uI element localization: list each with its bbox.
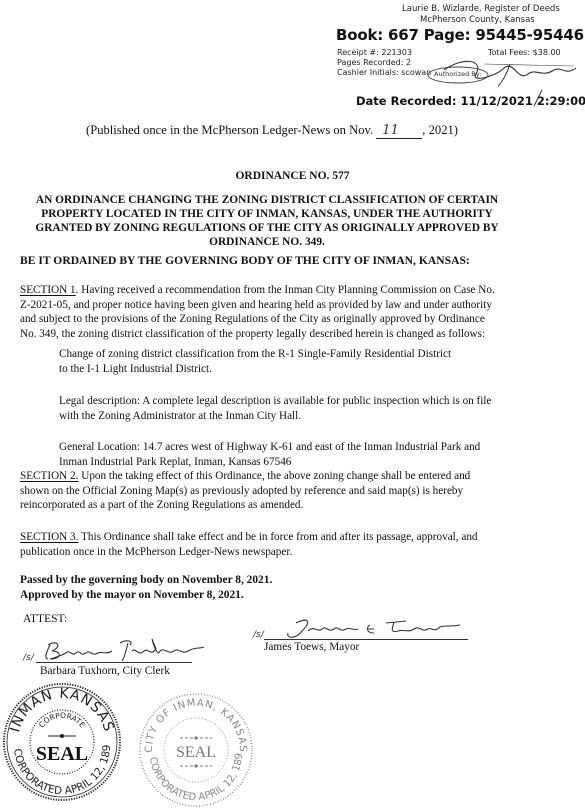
ordinance-title-line: ORDINANCE NO. 349.: [22, 235, 512, 249]
authorized-by-label: Authorized By:: [434, 70, 481, 78]
passed-date: Passed by the governing body on November…: [20, 573, 272, 588]
passage-info: Passed by the governing body on November…: [20, 573, 272, 602]
section-2: SECTION 2. Upon the taking effect of thi…: [20, 469, 470, 513]
zoning-change: Change of zoning district classification…: [59, 347, 451, 376]
legal-description: Legal description: A complete legal desc…: [59, 394, 491, 423]
section-3: SECTION 3. This Ordinance shall take eff…: [20, 530, 478, 559]
authorized-signature: Authorized By:: [424, 56, 584, 90]
section-3-line: publication once in the McPherson Ledger…: [20, 545, 478, 560]
attest-label: ATTEST:: [23, 612, 67, 627]
zoning-change-line: Change of zoning district classification…: [59, 347, 451, 362]
section-2-line: reincorporated as a part of the Zoning R…: [20, 498, 470, 513]
ordinance-title: AN ORDINANCE CHANGING THE ZONING DISTRIC…: [22, 193, 512, 249]
register-of-deeds: Laurie B. Wizlarde, Register of Deeds: [402, 4, 560, 14]
legal-description-line: with the Zoning Administrator at the Inm…: [59, 409, 491, 424]
zoning-change-line: to the I-1 Light Industrial District.: [59, 362, 451, 377]
general-location: General Location: 14.7 acres west of Hig…: [59, 440, 480, 469]
county: McPherson County, Kansas: [420, 15, 535, 25]
section-1-line: Z-2021-05, and proper notice having been…: [20, 298, 495, 313]
clerk-signature: [40, 637, 205, 665]
receipt-number: Receipt #: 221303: [337, 48, 412, 57]
embossed-seal-icon: CITY OF INMAN, KANSAS INCORPORATED APRIL…: [136, 690, 256, 810]
published-suffix: , 2021): [422, 123, 458, 137]
section-1-line: No. 349, the zoning district classificat…: [20, 327, 495, 342]
mayor-s-mark: /s/: [253, 630, 264, 640]
enacting-clause: BE IT ORDAINED BY THE GOVERNING BODY OF …: [20, 253, 470, 268]
ordinance-number: ORDINANCE NO. 577: [0, 169, 585, 184]
general-location-line: Inman Industrial Park Replat, Inman, Kan…: [59, 455, 480, 470]
svg-text:CORPORATE: CORPORATE: [37, 711, 87, 730]
svg-text:INMAN KANSAS: INMAN KANSAS: [7, 686, 116, 734]
corporate-seal-stamped: INMAN KANSAS INCORPORATED APRIL 12, 1894…: [0, 680, 125, 805]
ordinance-title-line: AN ORDINANCE CHANGING THE ZONING DISTRIC…: [22, 193, 512, 207]
corporate-seal-icon: INMAN KANSAS INCORPORATED APRIL 12, 1894…: [0, 680, 125, 805]
section-2-line: shown on the Official Zoning Map(s) as p…: [20, 484, 470, 499]
section-1: SECTION 1. Having received a recommendat…: [20, 283, 495, 341]
legal-description-line: Legal description: A complete legal desc…: [59, 394, 491, 409]
book-page: Book: 667 Page: 95445-95446: [336, 26, 584, 44]
section-2-line: Upon the taking effect of this Ordinance…: [78, 470, 470, 482]
pages-recorded: Pages Recorded: 2: [337, 58, 411, 67]
section-1-line: . Having received a recommendation from …: [76, 284, 495, 296]
general-location-line: General Location: 14.7 acres west of Hig…: [59, 440, 480, 455]
published-notice: (Published once in the McPherson Ledger-…: [86, 123, 458, 139]
date-recorded: Date Recorded: 11/12/2021 2:29:00 PM: [356, 94, 585, 108]
clerk-name: Barbara Tuxhorn, City Clerk: [40, 664, 170, 679]
section-3-label: SECTION 3.: [20, 531, 78, 543]
embossed-seal: CITY OF INMAN, KANSAS INCORPORATED APRIL…: [136, 690, 256, 810]
clerk-signature-scribble-icon: [40, 637, 205, 665]
section-1-label: SECTION 1: [20, 284, 76, 296]
svg-text:SEAL: SEAL: [176, 744, 216, 761]
ordinance-title-line: GRANTED BY ZONING REGULATIONS OF THE CIT…: [22, 221, 512, 235]
published-day: 11: [382, 123, 399, 138]
ordinance-title-line: PROPERTY LOCATED IN THE CITY OF INMAN, K…: [22, 207, 512, 221]
cashier-initials: Cashier Initials: scowan: [337, 68, 431, 77]
published-day-blank: 11: [376, 123, 422, 139]
clerk-s-mark: /s/: [23, 653, 34, 663]
section-2-label: SECTION 2.: [20, 470, 78, 482]
svg-text:SEAL: SEAL: [36, 743, 88, 765]
approved-date: Approved by the mayor on November 8, 202…: [20, 588, 272, 603]
section-3-line: This Ordinance shall take effect and be …: [78, 531, 477, 543]
mayor-name: James Toews, Mayor: [264, 640, 359, 655]
published-prefix: (Published once in the McPherson Ledger-…: [86, 123, 373, 137]
section-1-line: and subject to the provisions of the Zon…: [20, 312, 495, 327]
